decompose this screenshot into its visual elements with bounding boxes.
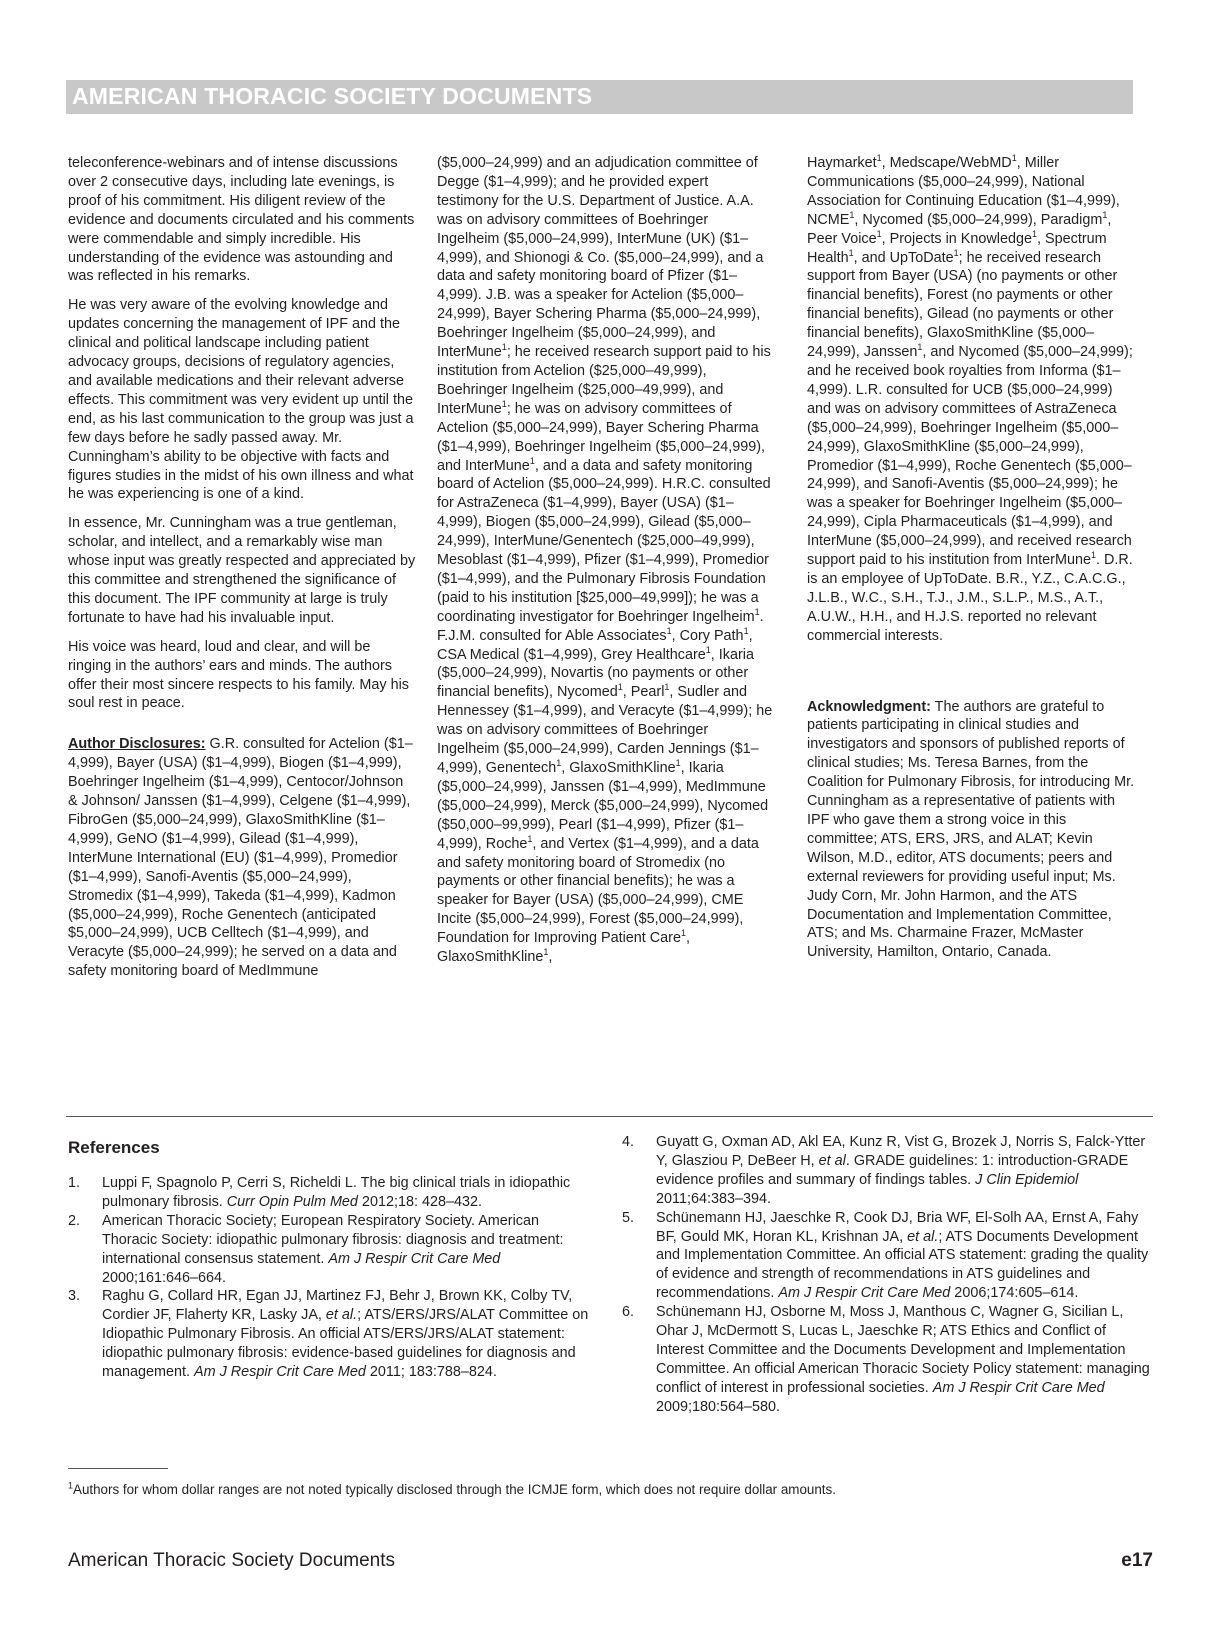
text-column-3: Haymarket1, Medscape/WebMD1, Miller Comm…: [807, 154, 1137, 972]
disclosures-label: Author Disclosures:: [68, 736, 206, 752]
reference-item: 1.Luppi F, Spagnolo P, Cerri S, Richeldi…: [68, 1174, 593, 1212]
text-column-2: ($5,000–24,999) and an adjudication comm…: [437, 154, 773, 977]
acknowledgment: Acknowledgment: The authors are grateful…: [807, 698, 1137, 963]
paragraph: He was very aware of the evolving knowle…: [68, 296, 416, 504]
text-segment: , Medscape/WebMD: [882, 155, 1012, 171]
text-segment: , Pearl: [623, 684, 665, 700]
journal-name: Curr Opin Pulm Med: [227, 1194, 358, 1210]
reference-item: 5.Schünemann HJ, Jaeschke R, Cook DJ, Br…: [622, 1209, 1152, 1304]
reference-item: 6.Schünemann HJ, Osborne M, Moss J, Mant…: [622, 1303, 1152, 1416]
journal-name: Am J Respir Crit Care Med: [778, 1285, 950, 1301]
reference-citation: 2011;64:383–394.: [656, 1191, 771, 1207]
text-segment: , Nycomed ($5,000–24,999), Paradigm: [854, 212, 1102, 228]
reference-citation: 2012;18: 428–432.: [358, 1194, 482, 1210]
disclosures-continued: Haymarket1, Medscape/WebMD1, Miller Comm…: [807, 154, 1137, 646]
paragraph: His voice was heard, loud and clear, and…: [68, 638, 416, 714]
reference-citation: 2006;174:605–614.: [950, 1285, 1078, 1301]
references-list-right: 4.Guyatt G, Oxman AD, Akl EA, Kunz R, Vi…: [622, 1133, 1152, 1417]
reference-number: 1.: [68, 1174, 102, 1193]
text-segment: , Cory Path: [672, 628, 744, 644]
acknowledgment-text: The authors are grateful to patients par…: [807, 699, 1134, 961]
page-number: e17: [1121, 1550, 1153, 1572]
paragraph: teleconference-webinars and of intense d…: [68, 154, 416, 286]
reference-number: 3.: [68, 1287, 102, 1306]
journal-name: Am J Respir Crit Care Med: [194, 1364, 366, 1380]
text-segment: , GlaxoSmithKline: [561, 760, 675, 776]
reference-item: 2.American Thoracic Society; European Re…: [68, 1212, 593, 1288]
text-segment: ,: [548, 949, 552, 965]
footnote: 1Authors for whom dollar ranges are not …: [68, 1482, 836, 1497]
reference-item: 4.Guyatt G, Oxman AD, Akl EA, Kunz R, Vi…: [622, 1133, 1152, 1209]
reference-number: 4.: [622, 1133, 656, 1152]
journal-name: J Clin Epidemiol: [975, 1172, 1078, 1188]
text-segment: , and Vertex ($1–4,999), and a data and …: [437, 836, 759, 947]
journal-name: Am J Respir Crit Care Med: [933, 1380, 1105, 1396]
reference-citation: 2011; 183:788–824.: [366, 1364, 497, 1380]
journal-name: Am J Respir Crit Care Med: [328, 1251, 500, 1267]
reference-number: 6.: [622, 1303, 656, 1322]
footnote-text: Authors for whom dollar ranges are not n…: [73, 1482, 836, 1497]
reference-item: 3.Raghu G, Collard HR, Egan JJ, Martinez…: [68, 1287, 593, 1382]
text-segment: , and a data and safety monitoring board…: [437, 458, 771, 625]
paragraph: In essence, Mr. Cunningham was a true ge…: [68, 514, 416, 627]
text-segment: , Projects in Knowledge: [882, 231, 1032, 247]
references-list-left: 1.Luppi F, Spagnolo P, Cerri S, Richeldi…: [68, 1174, 593, 1382]
disclosures-text: G.R. consulted for Actelion ($1–4,999), …: [68, 736, 413, 979]
references-heading: References: [68, 1138, 160, 1158]
section-banner: AMERICAN THORACIC SOCIETY DOCUMENTS: [66, 80, 1133, 114]
reference-citation: 2009;180:564–580.: [656, 1399, 780, 1415]
text-segment: Haymarket: [807, 155, 877, 171]
acknowledgment-label: Acknowledgment:: [807, 699, 931, 715]
text-segment: , and Nycomed ($5,000–24,999); and he re…: [807, 344, 1133, 568]
reference-number: 5.: [622, 1209, 656, 1228]
reference-number: 2.: [68, 1212, 102, 1231]
banner-title: AMERICAN THORACIC SOCIETY DOCUMENTS: [72, 83, 592, 110]
reference-citation: 2000;161:646–664.: [102, 1270, 226, 1286]
section-divider: [66, 1116, 1153, 1117]
text-column-1: teleconference-webinars and of intense d…: [68, 154, 416, 991]
et-al: et al.: [907, 1229, 938, 1245]
footer-journal-name: American Thoracic Society Documents: [68, 1550, 395, 1572]
et-al: et al.: [326, 1307, 357, 1323]
author-disclosures: Author Disclosures: G.R. consulted for A…: [68, 735, 416, 981]
footnote-divider: [68, 1468, 168, 1469]
text-segment: , and UpToDate: [854, 250, 954, 266]
et-al: et al: [819, 1153, 846, 1169]
text-segment: ($5,000–24,999) and an adjudication comm…: [437, 155, 763, 360]
disclosures-continued: ($5,000–24,999) and an adjudication comm…: [437, 154, 773, 967]
